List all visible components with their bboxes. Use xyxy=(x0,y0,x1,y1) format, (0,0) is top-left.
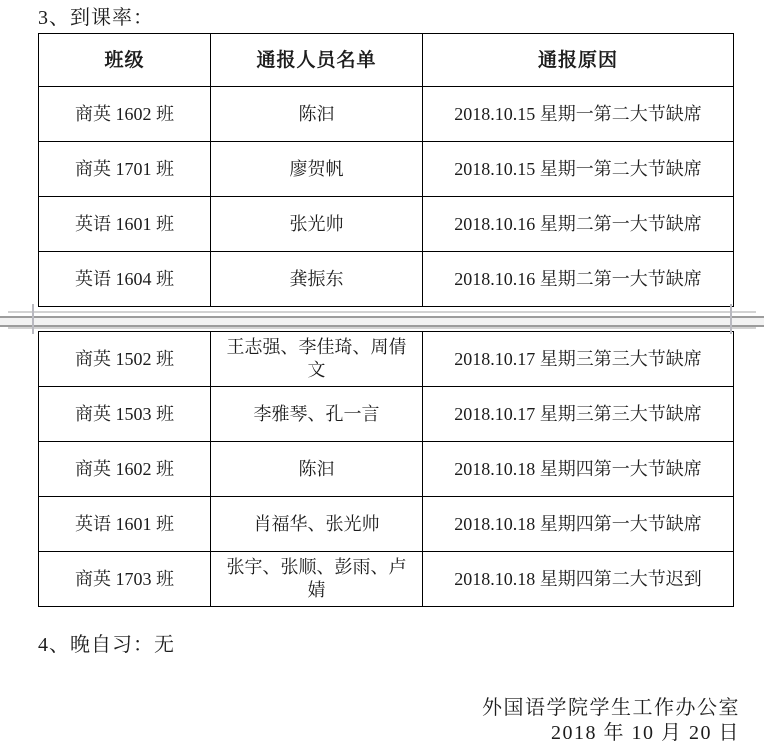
cell-reason: 2018.10.18 星期四第二大节迟到 xyxy=(423,552,734,607)
cell-reason: 2018.10.17 星期三第三大节缺席 xyxy=(423,332,734,387)
cell-names: 陈汩 xyxy=(211,87,423,142)
cell-class: 英语 1604 班 xyxy=(39,252,211,307)
header-class: 班级 xyxy=(39,34,211,87)
table-part-2-body: 商英 1502 班王志强、李佳琦、周倩文2018.10.17 星期三第三大节缺席… xyxy=(39,332,734,607)
cell-reason: 2018.10.17 星期三第三大节缺席 xyxy=(423,387,734,442)
cell-class: 商英 1602 班 xyxy=(39,442,211,497)
table-row: 英语 1601 班肖福华、张光帅2018.10.18 星期四第一大节缺席 xyxy=(39,497,734,552)
cell-names: 王志强、李佳琦、周倩文 xyxy=(211,332,423,387)
signature-block: 外国语学院学生工作办公室 2018 年 10 月 20 日 xyxy=(482,696,740,746)
section-attendance-title: 3、到课率： xyxy=(38,0,764,30)
table-row: 英语 1604 班龚振东2018.10.16 星期二第一大节缺席 xyxy=(39,252,734,307)
cell-names: 龚振东 xyxy=(211,252,423,307)
signature-date: 2018 年 10 月 20 日 xyxy=(482,721,740,746)
cell-reason: 2018.10.16 星期二第一大节缺席 xyxy=(423,252,734,307)
header-names: 通报人员名单 xyxy=(211,34,423,87)
cell-class: 商英 1503 班 xyxy=(39,387,211,442)
table-row: 英语 1601 班张光帅2018.10.16 星期二第一大节缺席 xyxy=(39,197,734,252)
cell-class: 英语 1601 班 xyxy=(39,197,211,252)
table-row: 商英 1701 班廖贺帆2018.10.15 星期一第二大节缺席 xyxy=(39,142,734,197)
cell-class: 商英 1703 班 xyxy=(39,552,211,607)
cell-names: 廖贺帆 xyxy=(211,142,423,197)
cell-names: 李雅琴、孔一言 xyxy=(211,387,423,442)
attendance-table-part-2: 商英 1502 班王志强、李佳琦、周倩文2018.10.17 星期三第三大节缺席… xyxy=(38,331,734,607)
table-row: 商英 1602 班陈汩2018.10.15 星期一第二大节缺席 xyxy=(39,87,734,142)
document-page: 3、到课率： 班级 通报人员名单 通报原因 商英 1602 班陈汩2018.10… xyxy=(0,0,764,750)
cell-reason: 2018.10.18 星期四第一大节缺席 xyxy=(423,497,734,552)
signature-office: 外国语学院学生工作办公室 xyxy=(482,696,740,721)
page-break-separator xyxy=(0,307,764,331)
table-row: 商英 1502 班王志强、李佳琦、周倩文2018.10.17 星期三第三大节缺席 xyxy=(39,332,734,387)
table-row: 商英 1602 班陈汩2018.10.18 星期四第一大节缺席 xyxy=(39,442,734,497)
page-edge-right xyxy=(730,304,732,334)
table-row: 商英 1503 班李雅琴、孔一言2018.10.17 星期三第三大节缺席 xyxy=(39,387,734,442)
table-header-row: 班级 通报人员名单 通报原因 xyxy=(39,34,734,87)
cell-reason: 2018.10.16 星期二第一大节缺席 xyxy=(423,197,734,252)
page-break-line-bottom xyxy=(8,327,756,329)
cell-reason: 2018.10.15 星期一第二大节缺席 xyxy=(423,87,734,142)
attendance-table-part-1: 班级 通报人员名单 通报原因 商英 1602 班陈汩2018.10.15 星期一… xyxy=(38,33,734,307)
cell-names: 肖福华、张光帅 xyxy=(211,497,423,552)
table-row: 商英 1703 班张宇、张顺、彭雨、卢婧2018.10.18 星期四第二大节迟到 xyxy=(39,552,734,607)
cell-class: 英语 1601 班 xyxy=(39,497,211,552)
page-edge-left xyxy=(32,304,34,334)
page-break-band xyxy=(0,316,764,327)
cell-names: 张光帅 xyxy=(211,197,423,252)
page-break-line-top xyxy=(8,311,756,313)
cell-names: 陈汩 xyxy=(211,442,423,497)
header-reason: 通报原因 xyxy=(423,34,734,87)
cell-class: 商英 1602 班 xyxy=(39,87,211,142)
table-part-1-body: 商英 1602 班陈汩2018.10.15 星期一第二大节缺席商英 1701 班… xyxy=(39,87,734,307)
cell-class: 商英 1701 班 xyxy=(39,142,211,197)
cell-reason: 2018.10.18 星期四第一大节缺席 xyxy=(423,442,734,497)
cell-class: 商英 1502 班 xyxy=(39,332,211,387)
cell-names: 张宇、张顺、彭雨、卢婧 xyxy=(211,552,423,607)
section-evening-title: 4、晚自习：无 xyxy=(38,633,764,657)
cell-reason: 2018.10.15 星期一第二大节缺席 xyxy=(423,142,734,197)
